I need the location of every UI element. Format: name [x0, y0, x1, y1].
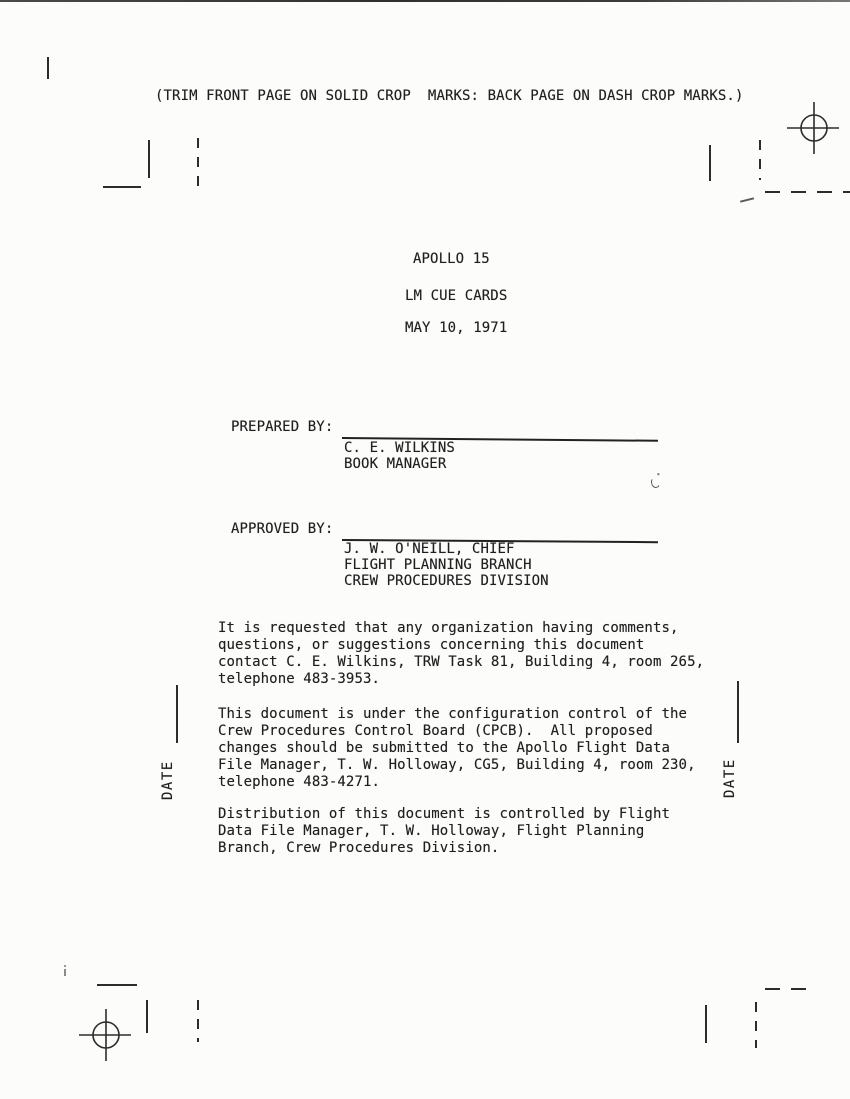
doc-date: MAY 10, 1971 — [405, 320, 507, 337]
scan-tick-mark — [47, 57, 49, 79]
date-label-right: DATE — [722, 750, 738, 798]
pen-squiggle-mark — [650, 476, 661, 489]
paragraph-distribution-control: Distribution of this document is control… — [218, 806, 738, 857]
registration-mark-bottom-left — [78, 1007, 134, 1063]
crop-mark-solid-vertical-bottom-right — [705, 1005, 707, 1043]
crop-mark-solid-horizontal-bottom-left — [97, 984, 137, 986]
registration-mark-top-right — [786, 100, 842, 156]
approved-by-org-line1: FLIGHT PLANNING BRANCH — [344, 557, 532, 574]
crop-mark-dash-vertical-bottom-right — [755, 1002, 757, 1048]
doc-title: APOLLO 15 — [413, 251, 490, 268]
approved-by-org-line2: CREW PROCEDURES DIVISION — [344, 573, 549, 590]
approved-by-name: J. W. O'NEILL, CHIEF — [344, 541, 515, 558]
trim-instruction-note: (TRIM FRONT PAGE ON SOLID CROP MARKS: BA… — [155, 88, 743, 105]
scan-speck — [64, 969, 66, 976]
crop-mark-solid-vertical-bottom-left — [146, 1000, 148, 1033]
date-label-left: DATE — [160, 752, 176, 800]
crop-mark-solid-vertical-top-left — [148, 140, 150, 178]
prepared-by-name: C. E. WILKINS — [344, 440, 455, 457]
paragraph-configuration-control: This document is under the configuration… — [218, 706, 738, 791]
scan-stray-dash — [740, 197, 754, 202]
paragraph-comments-contact: It is requested that any organization ha… — [218, 620, 738, 688]
approved-by-label: APPROVED BY: — [231, 521, 333, 538]
doc-subtitle: LM CUE CARDS — [405, 288, 507, 305]
crop-mark-solid-vertical-top-right — [709, 145, 711, 181]
crop-mark-dash-horizontal-top-right — [765, 191, 850, 193]
crop-mark-dash-vertical-top-right — [759, 140, 761, 180]
scan-edge-artifact — [0, 0, 850, 2]
crop-mark-dash-vertical-bottom-left — [197, 1000, 199, 1042]
crop-mark-dash-horizontal-bottom-right — [765, 988, 815, 990]
prepared-by-label: PREPARED BY: — [231, 419, 333, 436]
crop-mark-dash-vertical-top-left — [197, 138, 199, 186]
crop-mark-solid-horizontal-top-left — [103, 186, 141, 188]
scanned-document-page: (TRIM FRONT PAGE ON SOLID CROP MARKS: BA… — [0, 0, 850, 1099]
date-line-left — [176, 685, 178, 743]
date-line-right — [737, 681, 739, 743]
prepared-by-role: BOOK MANAGER — [344, 456, 446, 473]
